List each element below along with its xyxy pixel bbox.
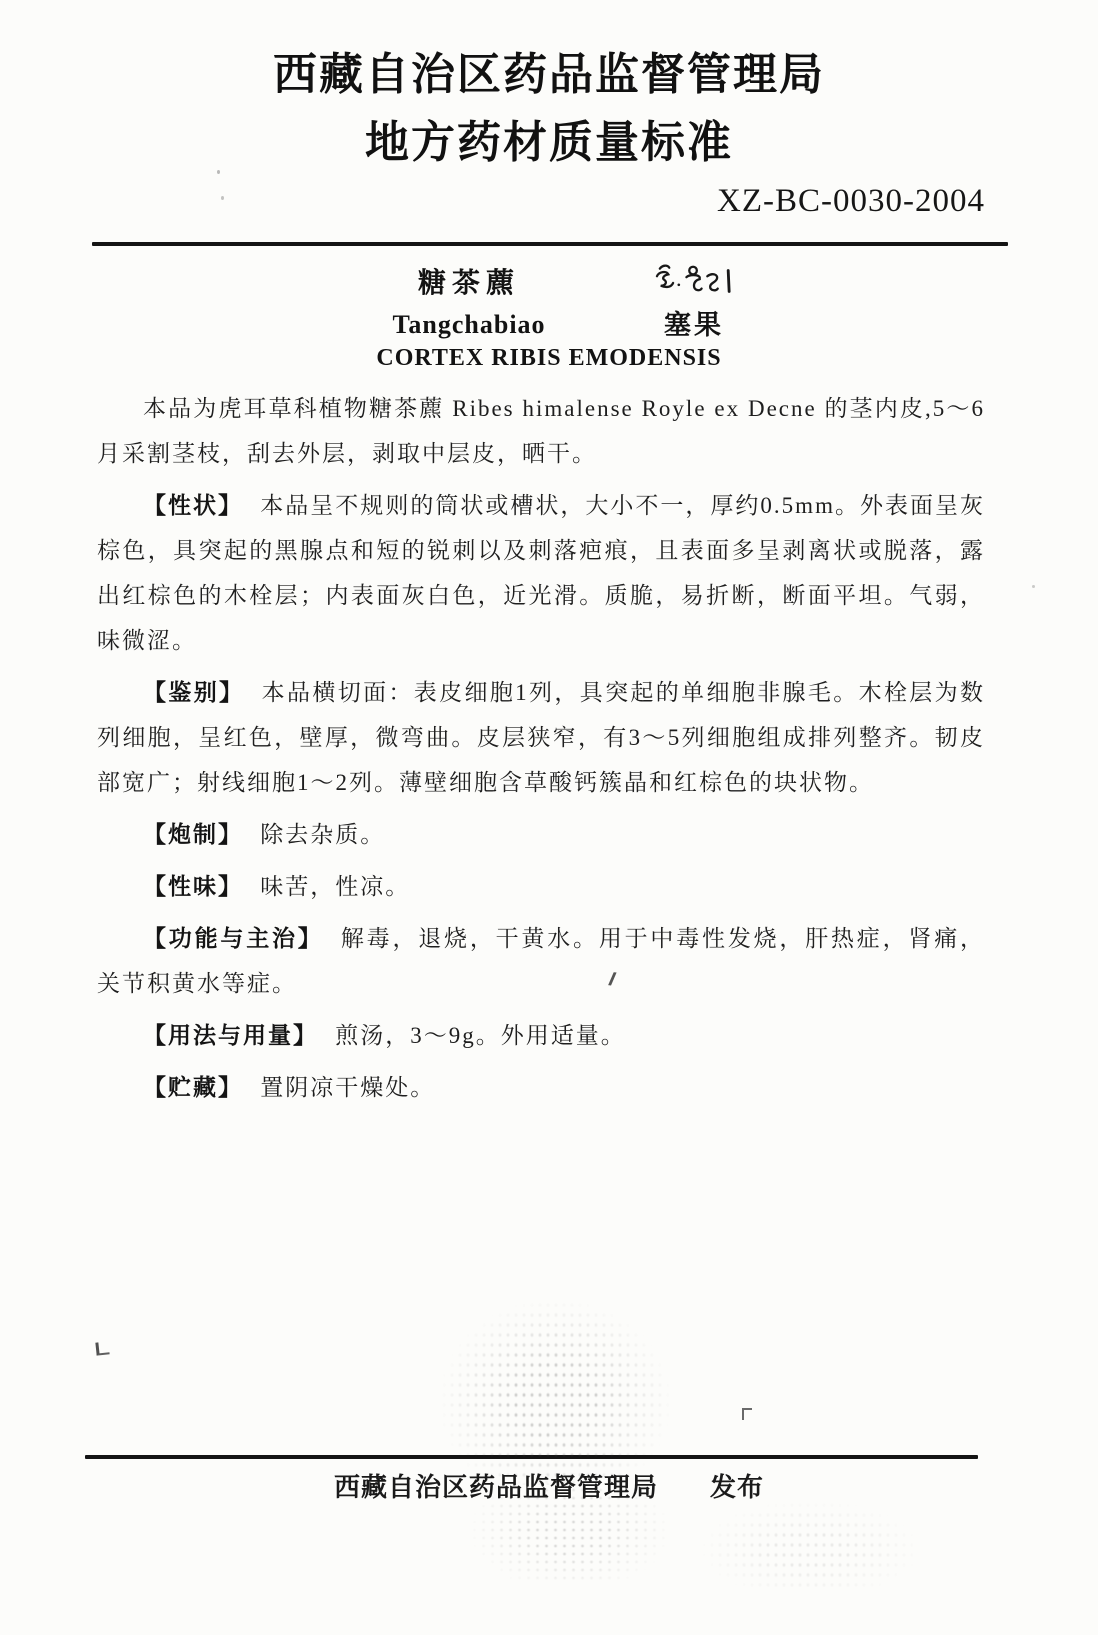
tibetan-name-script xyxy=(650,262,738,300)
scan-speck xyxy=(1032,585,1035,588)
paragraph-storage: 【贮藏】置阴凉干燥处。 xyxy=(97,1065,985,1110)
section-label: 【性味】 xyxy=(143,874,243,899)
doc-code: XZ-BC-0030-2004 xyxy=(97,180,985,222)
section-label: 【功能与主治】 xyxy=(143,926,324,951)
org-title-line2: 地方药材质量标准 xyxy=(0,114,1098,172)
section-label: 【贮藏】 xyxy=(143,1075,243,1100)
standard-body: 本品为虎耳草科植物糖茶藨 Ribes himalense Royle ex De… xyxy=(97,386,985,1110)
section-text: 本品为虎耳草科植物糖茶藨 Ribes himalense Royle ex De… xyxy=(97,396,985,466)
section-label: 【炮制】 xyxy=(143,822,243,847)
section-text: 味苦，性凉。 xyxy=(260,874,410,899)
scan-mark xyxy=(742,1408,752,1420)
section-text: 煎汤，3～9g。外用适量。 xyxy=(335,1023,626,1048)
footer-issuer: 西藏自治区药品监督管理局 xyxy=(334,1468,658,1508)
paragraph-processing: 【炮制】除去杂质。 xyxy=(97,812,985,857)
section-label: 【性状】 xyxy=(143,493,243,518)
drug-name-pinyin: Tangchabiao xyxy=(392,310,545,339)
paragraph-property-flavor: 【性味】味苦，性凉。 xyxy=(97,864,985,909)
paragraph-functions-indications: 【功能与主治】解毒，退烧，干黄水。用于中毒性发烧，肝热症，肾痛，关节积黄水等症。 xyxy=(97,916,985,1006)
tibetan-transliteration: 塞果 xyxy=(664,310,724,340)
paragraph-usage-dosage: 【用法与用量】煎汤，3～9g。外用适量。 xyxy=(97,1013,985,1058)
section-label: 【用法与用量】 xyxy=(143,1023,318,1048)
paragraph-source: 本品为虎耳草科植物糖茶藨 Ribes himalense Royle ex De… xyxy=(97,386,985,476)
drug-name-latin: CORTEX RIBIS EMODENSIS xyxy=(0,344,1098,372)
paragraph-identification: 【鉴别】本品横切面：表皮细胞1列，具突起的单细胞非腺毛。木栓层为数列细胞，呈红色… xyxy=(97,670,985,805)
section-text: 除去杂质。 xyxy=(260,822,385,847)
paragraph-description: 【性状】本品呈不规则的筒状或槽状，大小不一，厚约0.5mm。外表面呈灰棕色，具突… xyxy=(97,483,985,663)
footer-rule xyxy=(85,1455,978,1459)
drug-name-cn: 糖茶藨 xyxy=(418,268,520,299)
footer-action: 发布 xyxy=(710,1468,764,1508)
footer: 西藏自治区药品监督管理局 发布 xyxy=(0,1468,1098,1508)
document-page: 西藏自治区药品监督管理局 地方药材质量标准 XZ-BC-0030-2004 糖茶… xyxy=(0,0,1098,1635)
section-label: 【鉴别】 xyxy=(143,680,244,705)
scan-mark xyxy=(95,1341,109,1355)
drug-title-block: 糖茶藨 Tan xyxy=(0,262,1098,372)
scan-stain xyxy=(700,1500,920,1590)
org-title-line1: 西藏自治区药品监督管理局 xyxy=(0,46,1098,104)
header-rule xyxy=(92,242,1008,246)
letterhead: 西藏自治区药品监督管理局 地方药材质量标准 xyxy=(0,0,1098,172)
section-text: 置阴凉干燥处。 xyxy=(260,1075,435,1100)
